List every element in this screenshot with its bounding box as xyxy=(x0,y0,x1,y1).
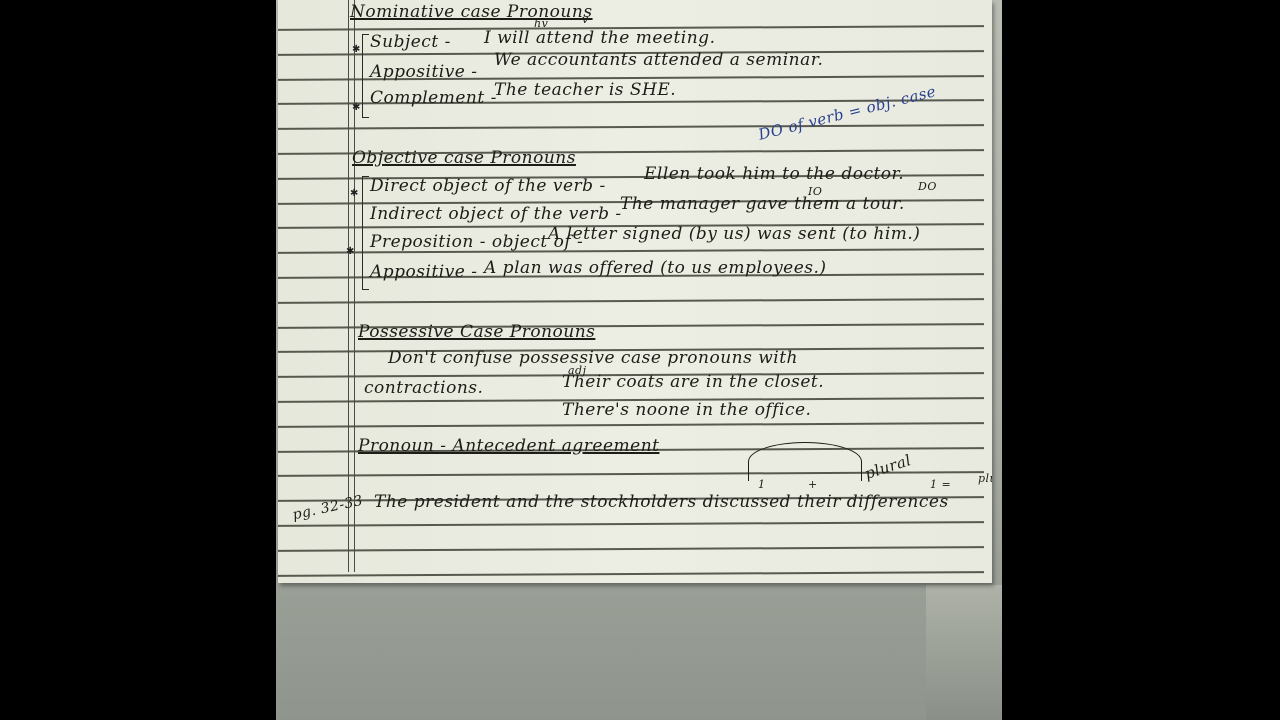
ruled-line xyxy=(278,546,984,551)
mark-plural-a: plural xyxy=(978,472,992,485)
star-mark: ✱ xyxy=(350,188,358,199)
objective-example-preposition: A letter signed (by us) was sent (to him… xyxy=(548,224,920,244)
objective-example-indirect: The manager gave them a tour. xyxy=(620,194,905,214)
star-mark: ✱ xyxy=(352,102,360,113)
margin-line-right xyxy=(354,0,355,572)
nominative-example-complement: The teacher is SHE. xyxy=(494,80,676,100)
ruled-line xyxy=(278,124,984,129)
possessive-line2: contractions. xyxy=(364,378,483,398)
antecedent-arc xyxy=(748,442,862,481)
antecedent-heading: Pronoun - Antecedent agreement xyxy=(358,436,660,456)
possessive-line1: Don't confuse possessive case pronouns w… xyxy=(388,348,798,368)
background-wall xyxy=(926,585,1002,720)
mark-io: IO xyxy=(808,185,822,198)
star-mark: ✱ xyxy=(346,246,354,257)
nominative-label-appositive: Appositive - xyxy=(370,62,478,82)
possessive-example2: There's noone in the office. xyxy=(562,400,811,420)
nominative-bracket xyxy=(362,34,369,118)
objective-example-appositive: A plan was offered (to us employees.) xyxy=(484,258,827,278)
ruled-line xyxy=(278,298,984,303)
ruled-line xyxy=(278,521,984,526)
margin-line-left xyxy=(348,0,349,572)
notebook-page: Nominative case Pronouns hv v ✱ ✱ Subjec… xyxy=(278,0,992,583)
nominative-example-subject: I will attend the meeting. xyxy=(484,28,715,48)
objective-bracket xyxy=(362,176,369,290)
photo-frame: Nominative case Pronouns hv v ✱ ✱ Subjec… xyxy=(276,0,1002,720)
nominative-example-appositive: We accountants attended a seminar. xyxy=(494,50,823,70)
nominative-heading: Nominative case Pronouns xyxy=(350,2,593,22)
nominative-label-complement: Complement - xyxy=(370,88,497,108)
objective-example-direct: Ellen took him to the doctor. xyxy=(644,164,904,184)
ruled-line xyxy=(278,422,984,427)
objective-label-direct: Direct object of the verb - xyxy=(370,176,606,196)
mark-one-b: 1 = xyxy=(930,478,951,491)
antecedent-sentence: The president and the stockholders discu… xyxy=(374,492,949,512)
objective-label-appositive: Appositive - xyxy=(370,262,478,282)
objective-label-indirect: Indirect object of the verb - xyxy=(370,204,622,224)
mark-do: DO xyxy=(918,180,937,193)
nominative-label-subject: Subject - xyxy=(370,32,451,52)
annotation-v: v xyxy=(582,13,589,26)
star-mark: ✱ xyxy=(352,44,360,55)
ruled-line xyxy=(278,571,984,576)
objective-heading: Objective case Pronouns xyxy=(352,148,576,168)
possessive-heading: Possessive Case Pronouns xyxy=(358,322,595,342)
blue-margin-note: DO of verb = obj. case xyxy=(757,82,938,144)
mark-plural-b: plural xyxy=(862,451,913,483)
possessive-example1: Their coats are in the closet. xyxy=(562,372,824,392)
